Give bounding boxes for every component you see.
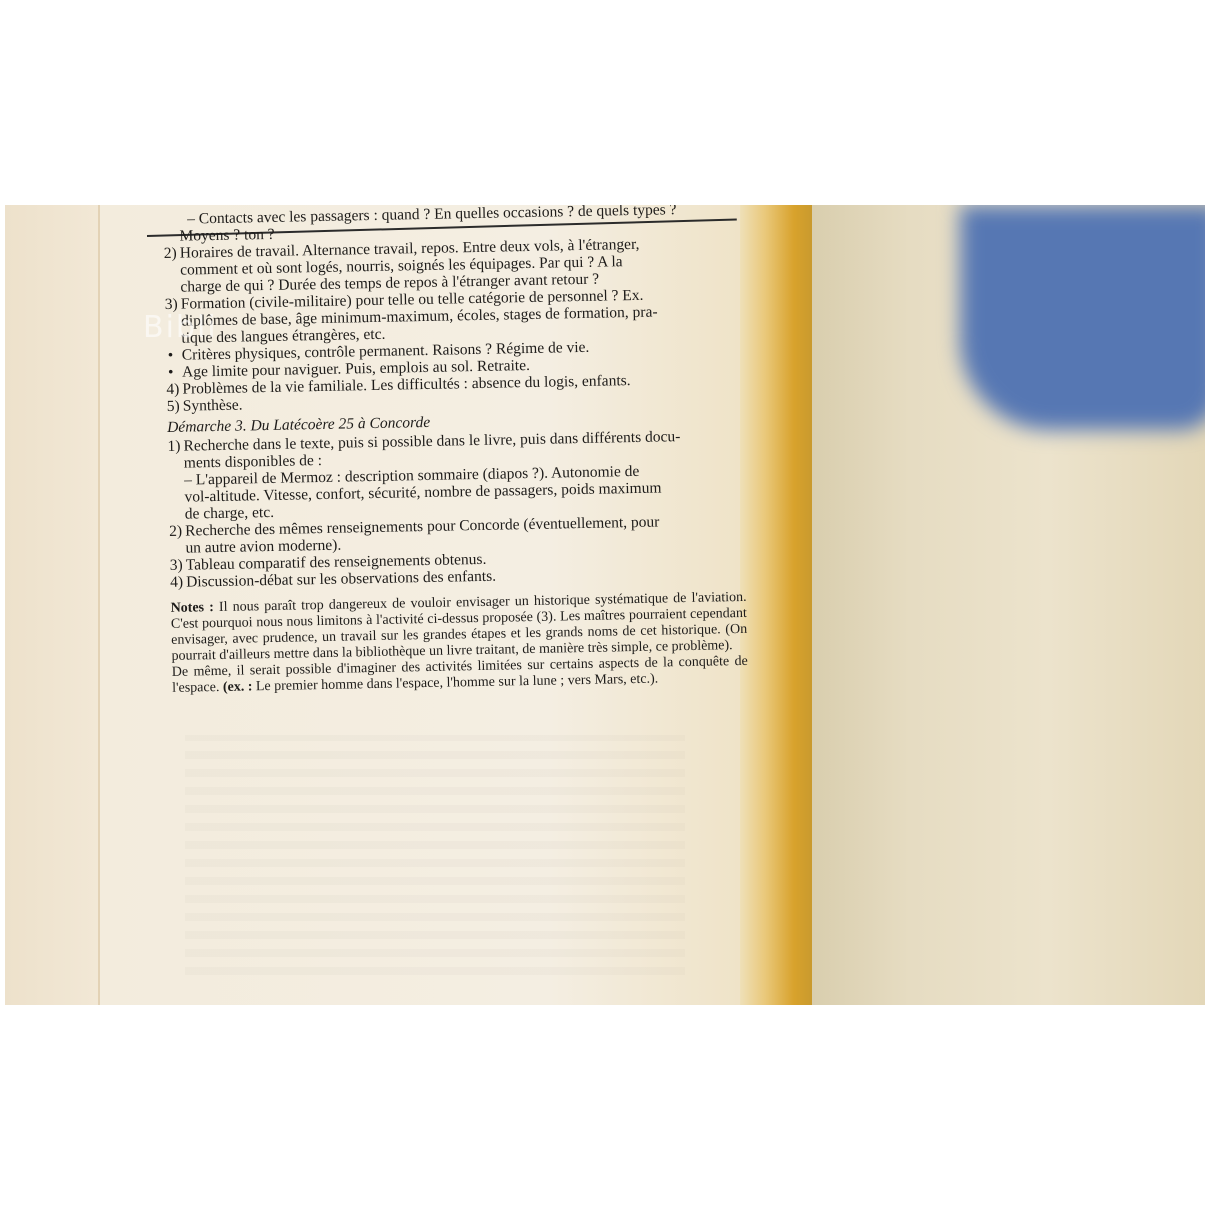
item-number: 2): [164, 245, 180, 262]
page-text: – Contacts avec les passagers : quand ? …: [163, 205, 748, 697]
notes-paragraph-1: Notes : Il nous paraît trop dangereux de…: [170, 590, 747, 665]
line-text: Synthèse.: [183, 397, 243, 415]
show-through-text: [185, 735, 685, 975]
notes-block: Notes : Il nous paraît trop dangereux de…: [170, 590, 748, 697]
previous-page-edge: [5, 205, 100, 1005]
item-number: 1): [167, 438, 183, 455]
item-number: 4): [166, 381, 182, 398]
item-number: 5): [167, 398, 183, 415]
list-section-1: – Contacts avec les passagers : quand ? …: [163, 205, 743, 415]
book-photo: – Contacts avec les passagers : quand ? …: [5, 205, 1205, 1005]
line-text: de charge, etc.: [185, 504, 275, 523]
notes-label: Notes :: [170, 600, 213, 616]
blurred-blue-object: [960, 205, 1205, 430]
line-text: Moyens ? ton ?: [179, 226, 274, 245]
list-section-2: 1)Recherche dans le texte, puis si possi…: [167, 427, 746, 591]
item-number: 2): [169, 523, 185, 540]
book-gutter: [740, 205, 812, 1005]
watermark: Bibli: [143, 310, 218, 345]
item-number: 3): [170, 557, 186, 574]
item-number: 4): [170, 574, 186, 591]
bullet-marker: •: [168, 347, 182, 364]
bullet-marker: •: [168, 364, 182, 381]
